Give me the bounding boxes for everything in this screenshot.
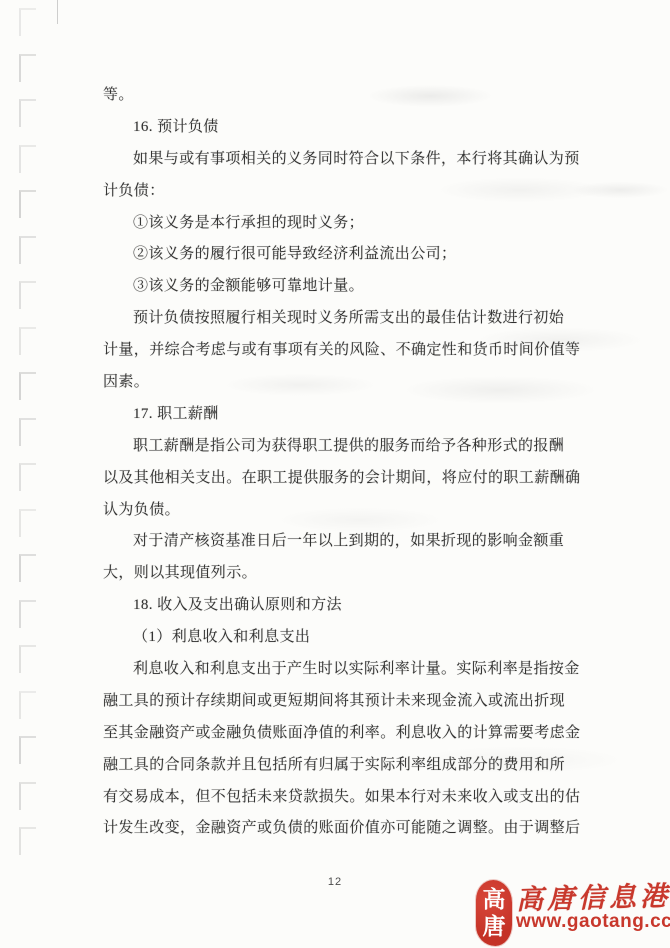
text-line: 至其金融资产或金融负债账面净值的利率。利息收入的计算需要考虑金 — [103, 718, 623, 750]
binding-mark — [19, 145, 36, 173]
binding-mark — [19, 554, 36, 582]
watermark-site-url: www.gaotang.cc — [516, 911, 670, 933]
text-line: 计负债： — [103, 176, 623, 208]
list-item: ②该义务的履行很可能导致经济利益流出公司； — [103, 239, 623, 271]
binding-mark — [19, 8, 36, 36]
text-line: 如果与或有事项相关的义务同时符合以下条件，本行将其确认为预 — [103, 144, 623, 176]
binding-mark — [19, 691, 36, 719]
binding-mark — [19, 600, 36, 628]
text-line: 等。 — [103, 80, 623, 112]
text-line: 计量，并综合考虑与或有事项有关的风险、不确定性和货币时间价值等 — [103, 335, 623, 367]
binding-mark — [19, 99, 36, 127]
binding-mark — [19, 645, 36, 673]
binding-mark — [19, 236, 36, 264]
binding-mark — [19, 418, 36, 446]
watermark-logo: 高 唐 高唐信息港 www.gaotang.cc — [470, 874, 670, 948]
text-line: 利息收入和利息支出于产生时以实际利率计量。实际利率是指按金 — [103, 654, 623, 686]
list-item: ③该义务的金额能够可靠地计量。 — [103, 271, 623, 303]
binding-mark — [19, 509, 36, 537]
seal-char-top: 高 — [483, 886, 506, 913]
sub-heading: （1）利息收入和利息支出 — [103, 622, 623, 654]
text-line: 预计负债按照履行相关现时义务所需支出的最佳估计数进行初始 — [103, 303, 623, 335]
binding-mark — [19, 827, 36, 855]
text-line: 职工薪酬是指公司为获得职工提供的服务而给予各种形式的报酬 — [103, 431, 623, 463]
text-line: 以及其他相关支出。在职工提供服务的会计期间，将应付的职工薪酬确 — [103, 463, 623, 495]
text-line: 对于清产核资基准日后一年以上到期的，如果折现的影响金额重 — [103, 526, 623, 558]
text-line: 大，则以其现值列示。 — [103, 558, 623, 590]
text-line: 融工具的预计存续期间或更短期间将其预计未来现金流入或流出折现 — [103, 686, 623, 718]
gaotang-seal-icon: 高 唐 — [476, 880, 512, 946]
binding-mark — [19, 54, 36, 82]
binding-mark — [19, 782, 36, 810]
binding-mark — [19, 190, 36, 218]
section-heading: 16. 预计负债 — [103, 112, 623, 144]
scanned-document-page: 等。 16. 预计负债 如果与或有事项相关的义务同时符合以下条件，本行将其确认为… — [0, 0, 670, 948]
seal-char-bottom: 唐 — [483, 913, 506, 940]
text-line: 认为负债。 — [103, 495, 623, 527]
text-line: 因素。 — [103, 367, 623, 399]
text-line: 融工具的合同条款并且包括所有归属于实际利率组成部分的费用和所 — [103, 750, 623, 782]
binding-mark — [19, 372, 36, 400]
text-line: 计发生改变，金融资产或负债的账面价值亦可能随之调整。由于调整后 — [103, 813, 623, 845]
list-item: ①该义务是本行承担的现时义务； — [103, 208, 623, 240]
scan-artifact — [57, 0, 58, 24]
binding-mark — [19, 463, 36, 491]
binding-mark — [19, 736, 36, 764]
document-text-block: 等。 16. 预计负债 如果与或有事项相关的义务同时符合以下条件，本行将其确认为… — [103, 80, 623, 845]
binding-mark — [19, 281, 36, 309]
text-line: 有交易成本，但不包括未来贷款损失。如果本行对未来收入或支出的估 — [103, 782, 623, 814]
section-heading: 18. 收入及支出确认原则和方法 — [103, 590, 623, 622]
section-heading: 17. 职工薪酬 — [103, 399, 623, 431]
binding-mark — [19, 327, 36, 355]
